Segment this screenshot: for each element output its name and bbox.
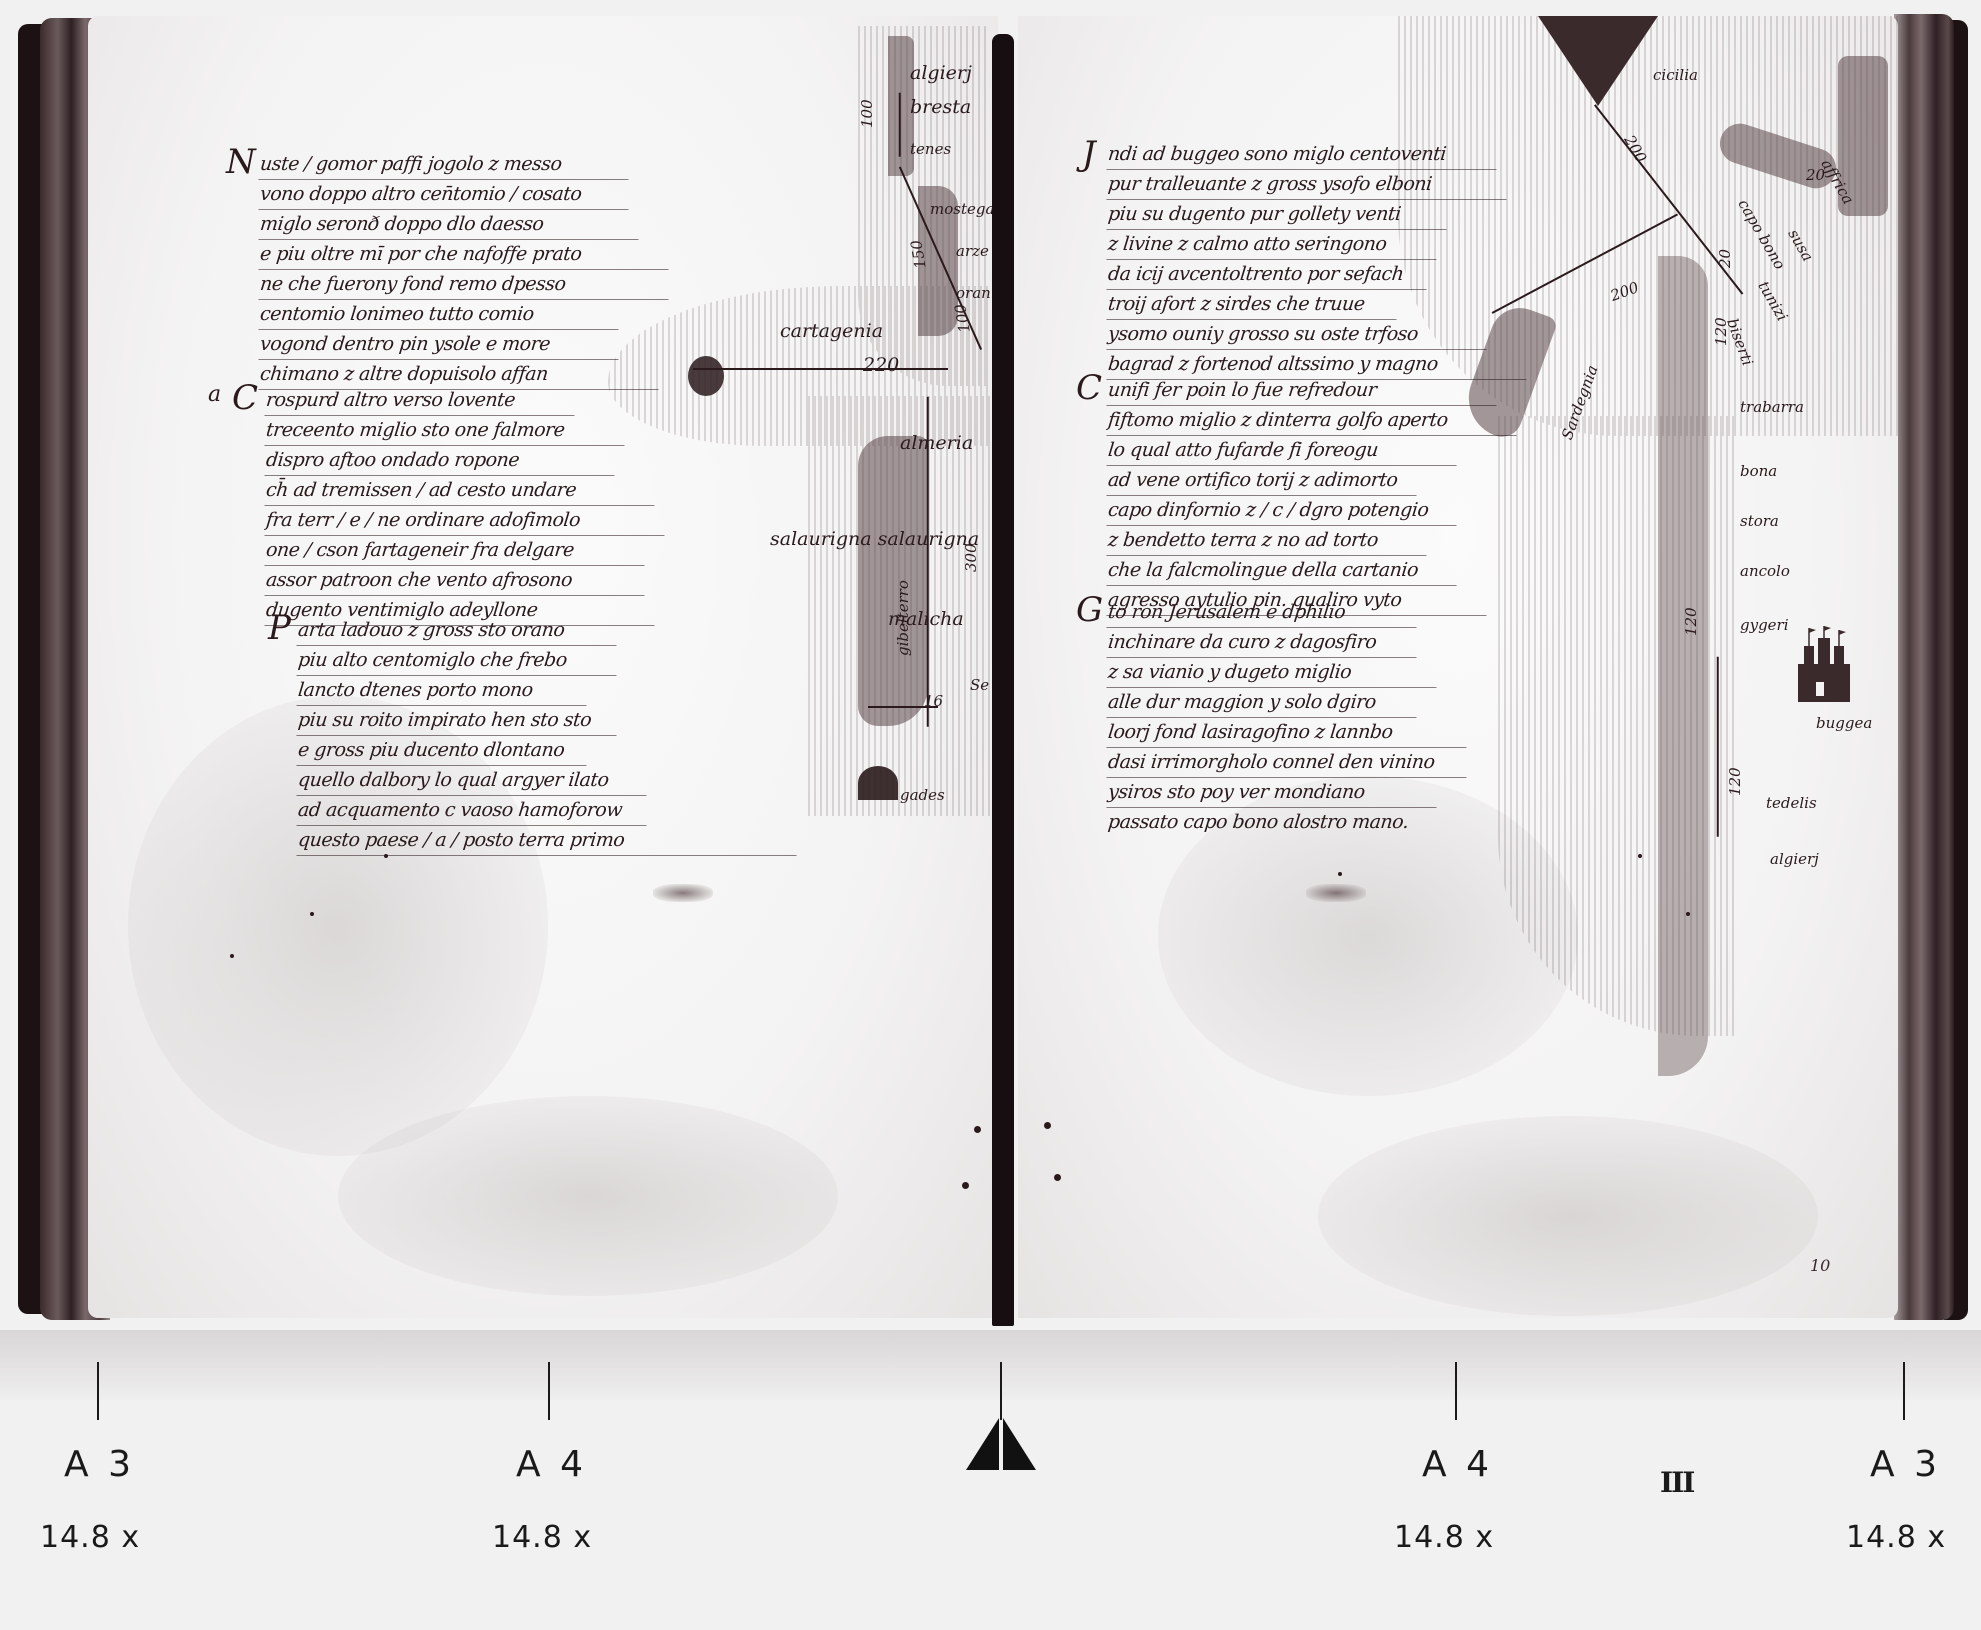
cadiz-bay (858, 766, 898, 800)
map-label-gygeri: gygeri (1740, 616, 1789, 634)
rhumb-line (1717, 657, 1719, 837)
pinhole (1686, 912, 1690, 916)
distance-mark: 120 (1726, 767, 1744, 796)
left-page: algierj bresta tenes mostegan arze oran … (88, 16, 998, 1318)
text-line: e gross piu ducento dlontano (296, 736, 589, 766)
sewing-hole (974, 1126, 981, 1133)
map-label-gades: gades (900, 786, 945, 804)
scale-magnification: 14.8 x (40, 1520, 140, 1555)
text-line: vogond dentro pin ysole e more (258, 330, 621, 360)
text-line: one / cson fartageneir fra delgare (264, 536, 647, 566)
ink-blot (1306, 884, 1366, 902)
text-line: e piu oltre mī por che nafoffe prato (258, 240, 671, 270)
scale-label-a3-left: A 3 (64, 1444, 135, 1485)
text-line: ysomo ouniy grosso su oste trfoso (1106, 320, 1489, 350)
map-label-gibelterro: gibelterro (894, 580, 912, 656)
folio-number: 10 (1810, 1256, 1830, 1275)
cartagena-headland (688, 356, 724, 396)
right-page: cicilia affrica susa capo bono tunizi bi… (1018, 16, 1898, 1318)
paragraph-2: a C rospurd altro verso lovente treceent… (238, 386, 666, 626)
scale-label-a4-right: A 4 (1422, 1444, 1493, 1485)
sewing-hole (1054, 1174, 1061, 1181)
text-line: lo qual atto fufarde fi foreogu (1106, 436, 1459, 466)
map-label-cicilia: cicilia (1653, 66, 1698, 84)
scale-tick-center (1000, 1362, 1002, 1420)
map-label-arze: arze (956, 242, 989, 260)
map-label-tedelis: tedelis (1766, 794, 1817, 812)
text-line: passato capo bono alostro mano. (1106, 808, 1439, 837)
text-line: z livine z calmo atto seringono (1106, 230, 1439, 260)
paragraph-3: P arta ladouo z gross sto orano piu alto… (274, 616, 798, 856)
map-label-bresta: bresta (910, 96, 971, 118)
map-label-trabarra: trabarra (1740, 398, 1804, 416)
drop-initial: P (268, 608, 291, 648)
drop-initial: J (1082, 134, 1096, 174)
paragraph-3: G to ron Jerusalem e dphilio inchinare d… (1080, 598, 1468, 837)
drop-initial: C (1076, 368, 1102, 408)
text-line: questo paese / a / posto terra primo (296, 826, 799, 856)
text-line: fiftomo miglio z dinterra golfo aperto (1106, 406, 1519, 436)
text-line: to ron Jerusalem e dphilio (1106, 598, 1419, 628)
text-line: ad vene ortifico torij z adimorto (1106, 466, 1419, 496)
rhumb-line (899, 93, 901, 157)
text-line: piu su dugento pur gollety venti (1106, 200, 1449, 230)
scale-tick-a3-left (97, 1362, 99, 1420)
text-line: dispro aftoo ondado ropone (264, 446, 617, 476)
water-stain (338, 1096, 838, 1296)
pinhole (1638, 854, 1642, 858)
text-line: centomio lonimeo tutto comio (258, 300, 621, 330)
map-label-algierj: algierj (910, 62, 972, 84)
scale-label-a4-left: A 4 (516, 1444, 587, 1485)
text-line: ysiros sto poy ver mondiano (1106, 778, 1439, 808)
text-line: ne che fuerony fond remo dpesso (258, 270, 671, 300)
text-line: inchinare da curo z dagosfiro (1106, 628, 1419, 658)
text-line: ndi ad buggeo sono miglo centoventi (1106, 140, 1499, 170)
text-line: vono doppo altro cen̄tomio / cosato (258, 180, 631, 210)
distance-mark: 100 (858, 99, 876, 128)
text-line: alle dur maggion y solo dgiro (1106, 688, 1419, 718)
paragraph-1: N uste / gomor paffi jogolo z messo vono… (238, 150, 670, 390)
map-label-se: Se (970, 676, 989, 694)
map-label-buggea: buggea (1816, 714, 1872, 732)
scale-tick-a3-right (1903, 1362, 1905, 1420)
scale-ruler (0, 1330, 1981, 1400)
scale-tick-a4-right (1455, 1362, 1457, 1420)
text-line: da icij avcentoltrento por sefach (1106, 260, 1429, 290)
map-label-cartagenia: cartagenia (780, 320, 883, 342)
text-line: ch̄ ad tremissen / ad cesto undare (264, 476, 657, 506)
map-label-oran: oran (956, 284, 991, 302)
text-line: troij afort z sirdes che truue (1106, 290, 1399, 320)
text-line: che la falcmolingue della cartanio (1106, 556, 1459, 586)
text-line: ad acquamento c vaoso hamoforow (296, 796, 649, 826)
coast-andalusia (858, 436, 928, 726)
text-line: piu alto centomiglo che frebo (296, 646, 619, 676)
sewing-hole (1044, 1122, 1051, 1129)
map-label-salaurigna: salaurigna salaurigna (770, 528, 979, 550)
text-line: quello dalbory lo qual argyer ilato (296, 766, 649, 796)
scale-label-a3-right: A 3 (1870, 1444, 1941, 1485)
marginal-mark: a (208, 382, 221, 407)
distance-mark: 120 (1682, 607, 1700, 636)
text-line: miglo seronð doppo dlo daesso (258, 210, 641, 240)
pinhole (1338, 872, 1342, 876)
drop-initial: C (232, 378, 258, 418)
water-stain (1318, 1116, 1818, 1316)
map-label-stora: stora (1740, 512, 1779, 530)
scale-magnification: 14.8 x (1846, 1520, 1946, 1555)
sicily-island (1538, 16, 1658, 106)
paragraph-2: C unifi fer poin lo fue refredour fiftom… (1080, 376, 1518, 616)
text-line: piu su roito impirato hen sto sto (296, 706, 619, 736)
center-triangle-icon (966, 1418, 1036, 1470)
book-gutter (992, 34, 1014, 1326)
drop-initial: N (226, 142, 256, 182)
text-line: arta ladouo z gross sto orano (296, 616, 619, 646)
scale-magnification: 14.8 x (1394, 1520, 1494, 1555)
text-line: uste / gomor paffi jogolo z messo (258, 150, 631, 180)
text-line: unifi fer poin lo fue refredour (1106, 376, 1499, 406)
rhumb-line (693, 368, 948, 370)
text-line: z sa vianio y dugeto miglio (1106, 658, 1439, 688)
text-line: fra terr / e / ne ordinare adofimolo (264, 506, 667, 536)
distance-mark: 20 (1716, 249, 1734, 268)
map-label-ancolo: ancolo (1740, 562, 1790, 580)
paragraph-1: J ndi ad buggeo sono miglo centoventi pu… (1090, 140, 1528, 380)
plate-number: III (1660, 1466, 1693, 1499)
distance-mark: 120 (1712, 317, 1730, 346)
text-line: z bendetto terra z no ad torto (1106, 526, 1429, 556)
distance-mark: 300 (962, 543, 980, 572)
text-line: dasi irrimorgholo connel den vinino (1106, 748, 1469, 778)
text-line: rospurd altro verso lovente (264, 386, 577, 416)
coast-algeria (1658, 256, 1708, 1076)
scale-magnification: 14.8 x (492, 1520, 592, 1555)
pinhole (230, 954, 234, 958)
map-label-bona: bona (1740, 462, 1777, 480)
open-manuscript-book: algierj bresta tenes mostegan arze oran … (18, 10, 1968, 1328)
drop-initial: G (1076, 590, 1103, 630)
text-line: capo dinfornio z / c / dgro potengio (1106, 496, 1459, 526)
text-line: assor patroon che vento afrosono (264, 566, 647, 596)
map-label-almeria: almeria (900, 432, 973, 454)
map-label-algierj: algierj (1770, 850, 1819, 868)
distance-mark: 220 (863, 354, 899, 376)
pinhole (310, 912, 314, 916)
castle-icon (1794, 624, 1854, 704)
scale-tick-a4-left (548, 1362, 550, 1420)
map-label-tenes: tenes (910, 140, 951, 158)
distance-mark: 20 (1806, 166, 1825, 184)
ink-blot (653, 884, 713, 902)
text-line: loorj fond lasiragofino z lannbo (1106, 718, 1469, 748)
text-line: treceento miglio sto one falmore (264, 416, 627, 446)
sewing-hole (962, 1182, 969, 1189)
right-page-edges (1894, 14, 1954, 1320)
distance-mark: 16 (924, 692, 943, 710)
text-line: lancto dtenes porto mono (296, 676, 589, 706)
text-line: pur tralleuante z gross ysofo elboni (1106, 170, 1509, 200)
